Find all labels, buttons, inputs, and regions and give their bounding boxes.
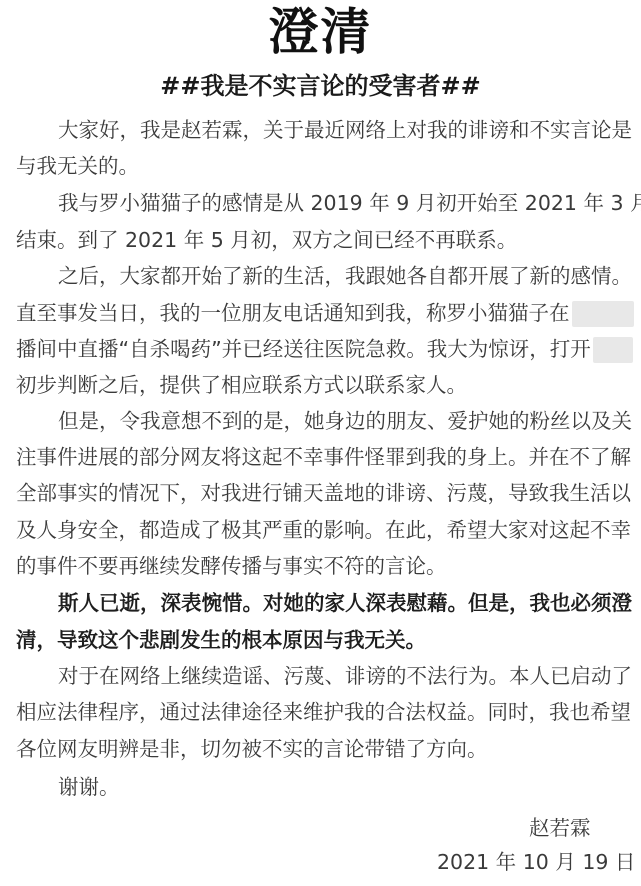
text-line: 直至事发当日，我的一位朋友电话通知到我，称罗小猫猫子在直: [16, 299, 641, 327]
redacted-block: [593, 337, 633, 363]
text-line: 全部事实的情况下，对我进行铺天盖地的诽谤、污蔑，导致我生活以: [16, 479, 628, 507]
text-line: 谢谢。: [58, 773, 628, 801]
text-line: 播间中直播“自杀喝药”并已经送往医院急救。我大为惊讶，打开: [16, 335, 633, 363]
text-line: 初步判断之后，提供了相应联系方式以联系家人。: [16, 371, 628, 399]
text-line: 与我无关的。: [16, 152, 628, 180]
redacted-block: [572, 301, 634, 327]
text-line: 之后，大家都开始了新的生活，我跟她各自都开展了新的感情。: [58, 262, 628, 290]
text-line: 清，导致这个悲剧发生的根本原因与我无关。: [16, 626, 628, 654]
signature: 赵若霖: [529, 814, 591, 842]
text-segment: 播间中直播“自杀喝药”并已经送往医院急救。我大为惊讶，打开: [16, 337, 591, 361]
text-line: 相应法律程序，通过法律途径来维护我的合法权益。同时，我也希望: [16, 698, 628, 726]
text-line: 对于在网络上继续造谣、污蔑、诽谤的不法行为。本人已启动了: [58, 662, 628, 690]
document-subtitle: ##我是不实言论的受害者##: [0, 70, 641, 102]
date: 2021 年 10 月 19 日: [437, 848, 635, 876]
text-line: 注事件进展的部分网友将这起不幸事件怪罪到我的身上。并在不了解: [16, 443, 628, 471]
text-line: 各位网友明辨是非，切勿被不实的言论带错了方向。: [16, 735, 628, 763]
document-title: 澄清: [0, 2, 641, 62]
text-line: 斯人已逝，深表惋惜。对她的家人深表慰藉。但是，我也必须澄: [58, 589, 628, 617]
text-line: 但是，令我意想不到的是，她身边的朋友、爱护她的粉丝以及关: [58, 407, 628, 435]
text-line: 及人身安全，都造成了极其严重的影响。在此，希望大家对这起不幸: [16, 516, 628, 544]
text-line: 结束。到了 2021 年 5 月初，双方之间已经不再联系。: [16, 226, 628, 254]
text-line: 的事件不要再继续发酵传播与事实不符的言论。: [16, 552, 628, 580]
text-segment: 直至事发当日，我的一位朋友电话通知到我，称罗小猫猫子在: [16, 301, 570, 325]
text-line: 大家好，我是赵若霖，关于最近网络上对我的诽谤和不实言论是: [58, 116, 628, 144]
text-line: 我与罗小猫猫子的感情是从 2019 年 9 月初开始至 2021 年 3 月底: [58, 189, 628, 217]
